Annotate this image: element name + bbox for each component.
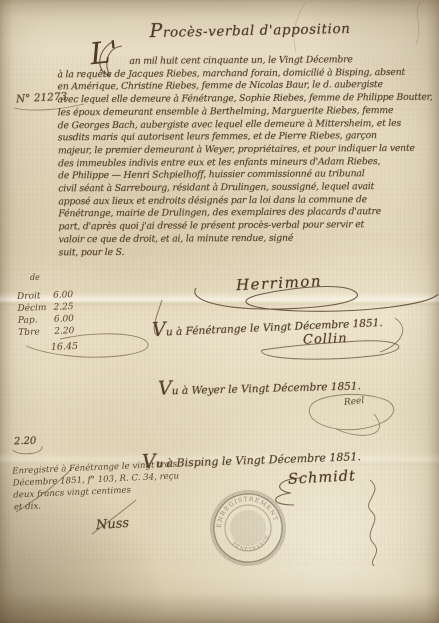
visa-signature-3: Schmidt bbox=[288, 468, 357, 488]
registration-signature: Nuss bbox=[96, 516, 130, 533]
svg-text:ENREGISTREMENT: ENREGISTREMENT bbox=[212, 492, 279, 531]
visa-signature-2: Reel bbox=[344, 396, 365, 408]
fee-value: 6.00 bbox=[53, 290, 73, 301]
body-text: an mil huit cent cinquante un, le Vingt … bbox=[57, 54, 436, 260]
scanned-document-page: Procès-verbal d'apposition N° 21273 L' a… bbox=[0, 0, 439, 623]
collin-descender-flourish bbox=[380, 318, 403, 352]
body-line: suit, pour le S. bbox=[59, 244, 437, 259]
circular-ink-stamp-icon: ENREGISTREMENT FÉNÉTRANGE bbox=[207, 487, 288, 568]
fee-value: 2.20 bbox=[54, 326, 74, 337]
fee-value: 2.25 bbox=[53, 302, 73, 313]
margin-word: de bbox=[30, 273, 40, 282]
registration-note: Enregistré à Fénétrange le vingt trois D… bbox=[12, 458, 180, 513]
svg-text:FÉNÉTRANGE: FÉNÉTRANGE bbox=[230, 533, 273, 555]
stamp-arc-bottom-text: FÉNÉTRANGE bbox=[230, 533, 273, 555]
fee-total: 16.45 bbox=[19, 341, 79, 354]
margin-fee-amount: 2.20 bbox=[14, 436, 37, 448]
fee-label: Tbre bbox=[18, 327, 54, 338]
visa-line-2: Vu à Weyer le Vingt Décembre 1851. bbox=[158, 372, 361, 399]
fee-tally: Droit6.00 Décim2.25 Pap.6.00 Tbre2.20 16… bbox=[17, 290, 78, 354]
fee-label: Droit bbox=[17, 291, 53, 302]
visa-signature-1: Collin bbox=[303, 331, 348, 348]
fee-row: Tbre2.20 bbox=[18, 326, 78, 340]
fee-value: 6.00 bbox=[54, 314, 74, 325]
main-signature-flourish bbox=[195, 287, 438, 312]
stamp-arc-top-text: ENREGISTREMENT bbox=[212, 492, 279, 531]
visa-line-1: Vu à Fénétrange le Vingt Décembre 1851. bbox=[152, 309, 383, 341]
fee-label: Pap. bbox=[18, 315, 54, 326]
schmidt-descender-flourish bbox=[369, 480, 377, 566]
main-signature: Herrimon bbox=[236, 272, 323, 294]
fee-label: Décim bbox=[17, 303, 53, 314]
